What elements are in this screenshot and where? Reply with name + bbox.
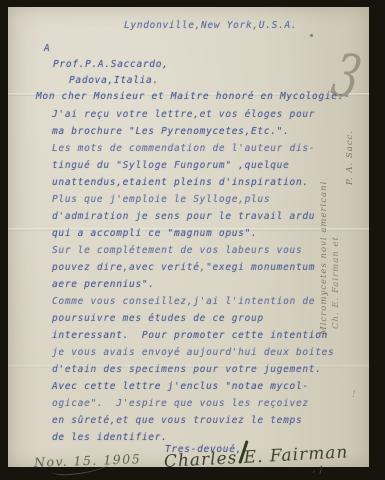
signature-marks: ,¡ bbox=[312, 462, 326, 475]
body-line: poursuivre mes études de ce group bbox=[52, 310, 334, 327]
letter-scan: { "letter": { "dateline": "Lyndonville,N… bbox=[0, 0, 385, 480]
pencil-mark: ! bbox=[352, 390, 356, 400]
letter-body: J'ai reçu votre lettre,et vos éloges pou… bbox=[52, 106, 334, 446]
body-line: qui a accompli ce "magnum opus". bbox=[52, 225, 334, 242]
body-line: aere perennius". bbox=[52, 276, 334, 293]
dateline: Lyndonville,New York,U.S.A. bbox=[124, 20, 297, 31]
margin-note: Micromycetes novi americani bbox=[319, 167, 329, 335]
body-line: tingué du "Sylloge Fungorum" ,quelque bbox=[52, 157, 334, 174]
addressee-intro: A bbox=[44, 43, 50, 54]
letter-paper: Lyndonville,New York,U.S.A. A Prof.P.A.S… bbox=[8, 7, 369, 467]
body-line: Les mots de commendation de l'auteur dis… bbox=[52, 140, 334, 157]
addressee-name: Prof.P.A.Saccardo, bbox=[53, 59, 169, 70]
body-line: d'admiration je sens pour le travail ard… bbox=[52, 208, 334, 225]
body-line: Comme vous conseillez,j'ai l'intention d… bbox=[52, 293, 334, 310]
body-line: unattendus,etaient pleins d'inspiration. bbox=[52, 174, 334, 191]
body-line: Plus que j'emploie le Sylloge,plus bbox=[52, 191, 334, 208]
addressee-city: Padova,Italia. bbox=[69, 75, 159, 86]
margin-note: Ch. E. Fairman et bbox=[331, 179, 341, 329]
body-line: d'etain des specimens pour votre jugemen… bbox=[52, 361, 334, 378]
body-line: ogicae". J'espire que vous les reçoivez bbox=[52, 395, 334, 412]
ink-speck bbox=[310, 34, 313, 37]
body-line: ma brochure "Les Pyrenomycetes,Etc.". bbox=[52, 123, 334, 140]
body-line: pouvez dire,avec verité,"exegi monumentu… bbox=[52, 259, 334, 276]
body-line: Sur le complétement de vos labeurs vous bbox=[52, 242, 334, 259]
salutation: Mon cher Monsieur et Maitre honoré en My… bbox=[36, 91, 351, 102]
body-line: interessant. Pour promoter cette intenti… bbox=[52, 327, 334, 344]
pencil-flourish: 3 bbox=[326, 39, 366, 113]
body-line: Avec cette lettre j'enclus "notae mycol- bbox=[52, 378, 334, 395]
body-line: J'ai reçu votre lettre,et vos éloges pou… bbox=[52, 106, 334, 123]
body-line: en sûreté,et que vous trouviez le temps bbox=[52, 412, 334, 429]
body-line: je vous avais envoyé aujourd'hui deux bo… bbox=[52, 344, 334, 361]
